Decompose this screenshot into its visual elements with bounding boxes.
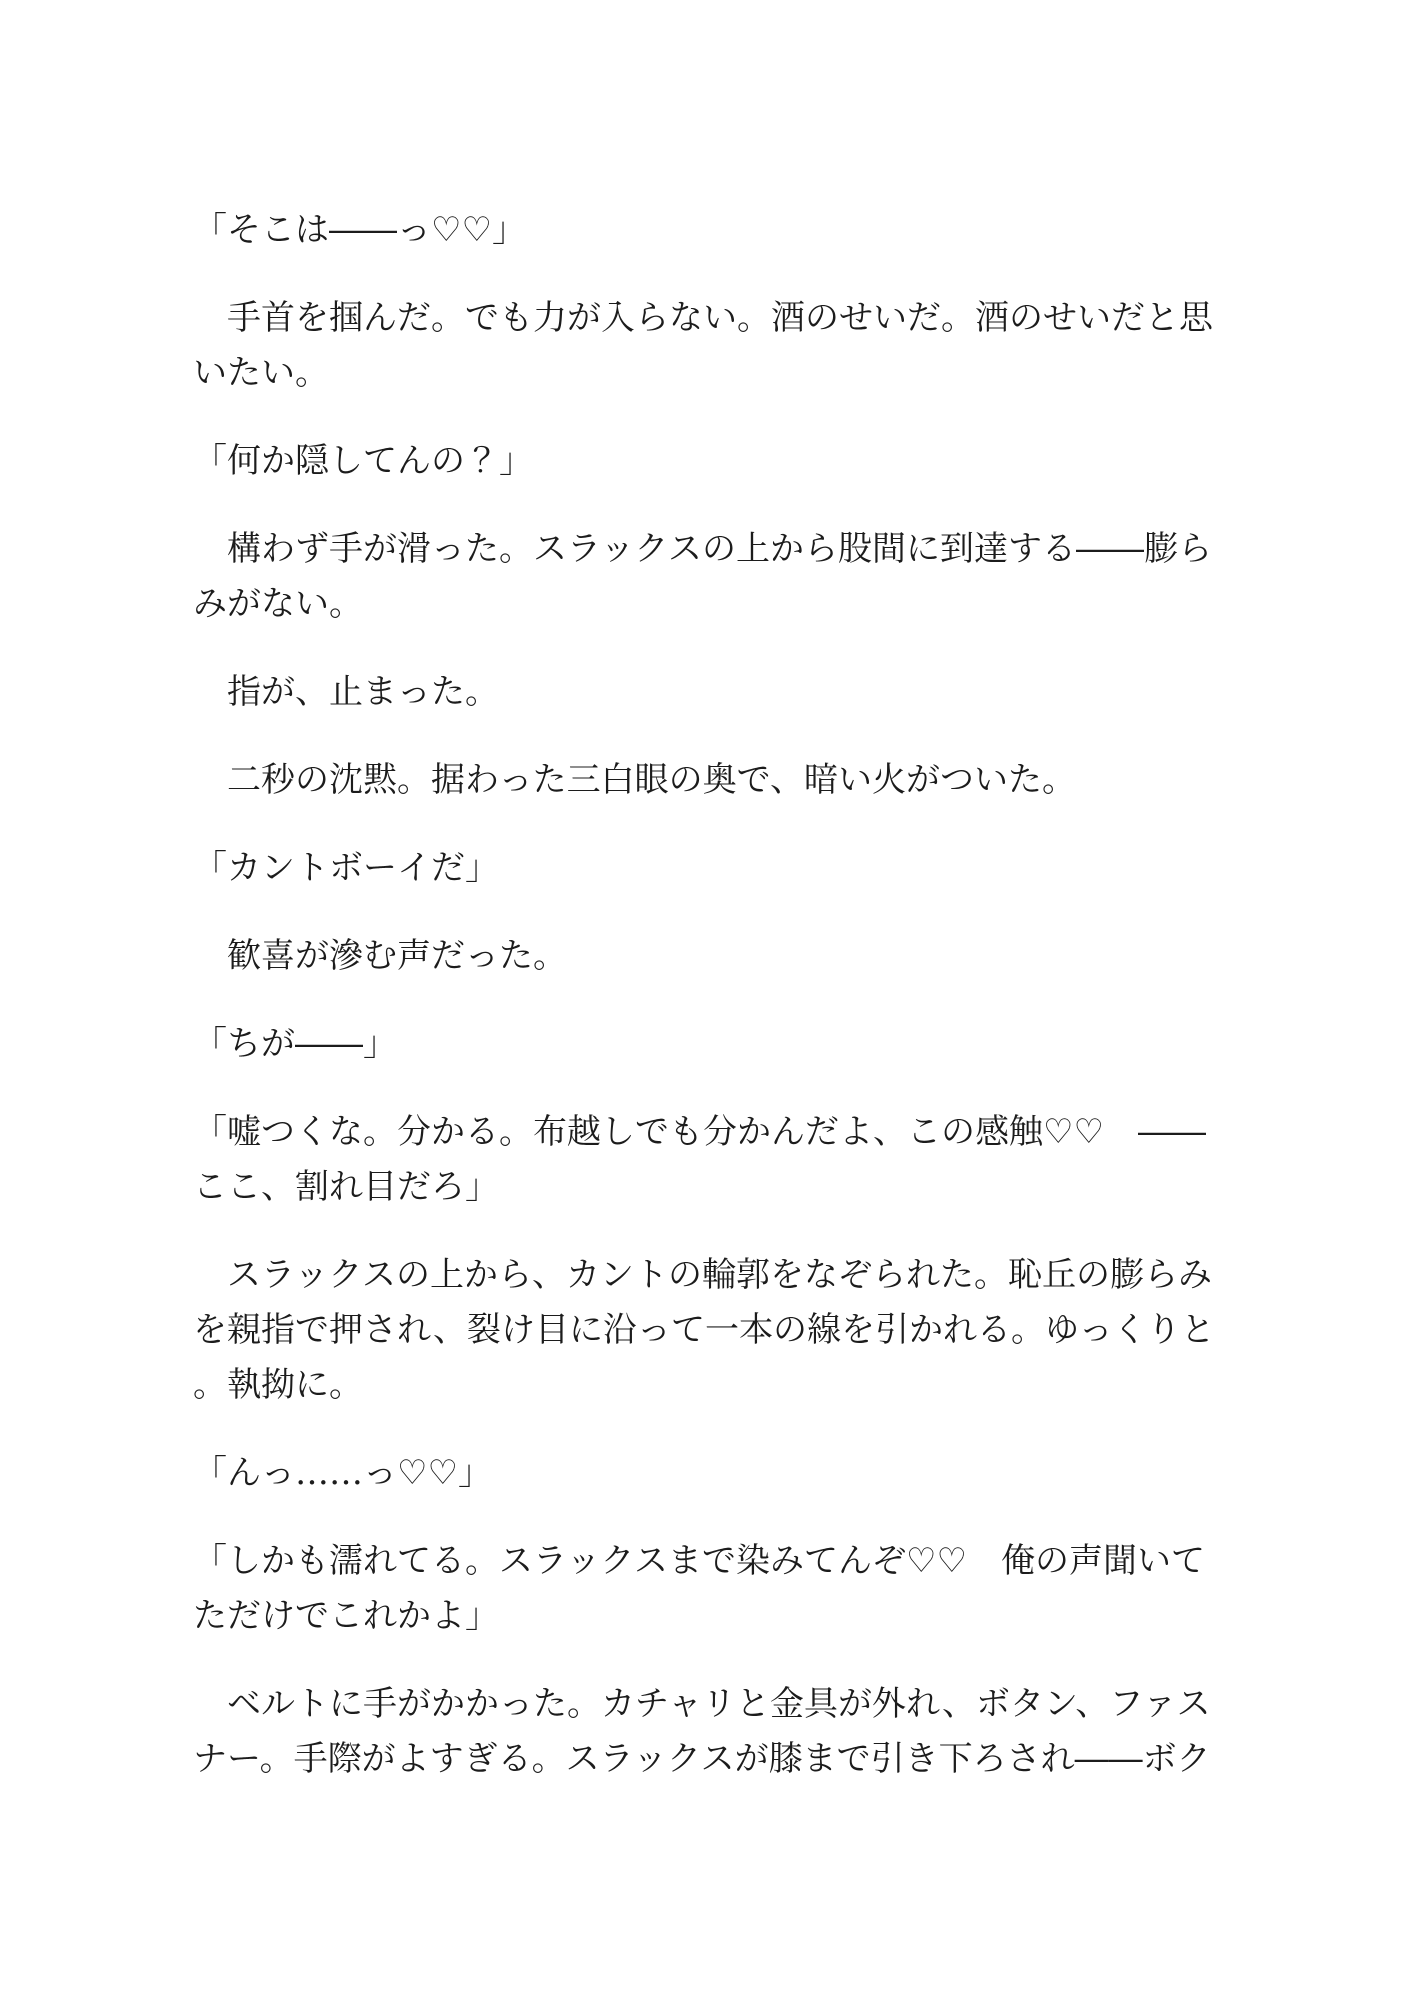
text-line: 「何か隠してんの？」 bbox=[193, 434, 1215, 489]
text-line: ここ、割れ目だろ」 bbox=[193, 1160, 1215, 1215]
heart-glyph: ♡ bbox=[936, 1541, 966, 1581]
text-line: ナー。手際がよすぎる。スラックスが膝まで引き下ろされ――ボク bbox=[193, 1732, 1215, 1787]
text-line: 指が、止まった。 bbox=[193, 665, 1215, 720]
text-line: 「そこは――っ♡♡」 bbox=[193, 203, 1215, 258]
text-line: スラックスの上から、カントの輪郭をなぞられた。恥丘の膨らみ bbox=[193, 1248, 1215, 1303]
paragraph-4: 構わず手が滑った。スラックスの上から股間に到達する――膨らみがない。 bbox=[193, 522, 1215, 632]
paragraph-9: 「ちが――」 bbox=[193, 1017, 1215, 1072]
paragraph-5: 指が、止まった。 bbox=[193, 665, 1215, 720]
page-text: 「そこは――っ♡♡」 手首を掴んだ。でも力が入らない。酒のせいだ。酒のせいだと思… bbox=[193, 203, 1215, 1820]
text-line: 「カントボーイだ」 bbox=[193, 841, 1215, 896]
text-line: を親指で押され、裂け目に沿って一本の線を引かれる。ゆっくりと bbox=[193, 1303, 1215, 1358]
paragraph-7: 「カントボーイだ」 bbox=[193, 841, 1215, 896]
page: { "page": { "background": "#ffffff", "te… bbox=[0, 0, 1415, 2000]
heart-glyph: ♡ bbox=[427, 1453, 457, 1493]
heart-glyph: ♡ bbox=[397, 1453, 427, 1493]
text-line: 「んっ……っ♡♡」 bbox=[193, 1446, 1215, 1501]
text-line: 歓喜が滲む声だった。 bbox=[193, 929, 1215, 984]
text-line: ただけでこれかよ」 bbox=[193, 1589, 1215, 1644]
paragraph-1: 「そこは――っ♡♡」 bbox=[193, 203, 1215, 258]
paragraph-8: 歓喜が滲む声だった。 bbox=[193, 929, 1215, 984]
text-line: 「嘘つくな。分かる。布越しでも分かんだよ、この感触♡♡ ―― bbox=[193, 1105, 1215, 1160]
paragraph-2: 手首を掴んだ。でも力が入らない。酒のせいだ。酒のせいだと思いたい。 bbox=[193, 291, 1215, 401]
text-line: 「しかも濡れてる。スラックスまで染みてんぞ♡♡ 俺の声聞いて bbox=[193, 1534, 1215, 1589]
heart-glyph: ♡ bbox=[431, 210, 461, 250]
text-line: 構わず手が滑った。スラックスの上から股間に到達する――膨ら bbox=[193, 522, 1215, 577]
text-line: みがない。 bbox=[193, 577, 1215, 632]
text-line: ベルトに手がかかった。カチャリと金具が外れ、ボタン、ファス bbox=[193, 1677, 1215, 1732]
paragraph-3: 「何か隠してんの？」 bbox=[193, 434, 1215, 489]
paragraph-14: ベルトに手がかかった。カチャリと金具が外れ、ボタン、ファスナー。手際がよすぎる。… bbox=[193, 1677, 1215, 1787]
text-line: 。執拗に。 bbox=[193, 1358, 1215, 1413]
text-line: 手首を掴んだ。でも力が入らない。酒のせいだ。酒のせいだと思 bbox=[193, 291, 1215, 346]
paragraph-10: 「嘘つくな。分かる。布越しでも分かんだよ、この感触♡♡ ――ここ、割れ目だろ」 bbox=[193, 1105, 1215, 1215]
heart-glyph: ♡ bbox=[1043, 1112, 1073, 1152]
heart-glyph: ♡ bbox=[906, 1541, 936, 1581]
paragraph-6: 二秒の沈黙。据わった三白眼の奥で、暗い火がついた。 bbox=[193, 753, 1215, 808]
heart-glyph: ♡ bbox=[461, 210, 491, 250]
paragraph-12: 「んっ……っ♡♡」 bbox=[193, 1446, 1215, 1501]
text-line: 二秒の沈黙。据わった三白眼の奥で、暗い火がついた。 bbox=[193, 753, 1215, 808]
text-line: 「ちが――」 bbox=[193, 1017, 1215, 1072]
text-line: いたい。 bbox=[193, 346, 1215, 401]
paragraph-13: 「しかも濡れてる。スラックスまで染みてんぞ♡♡ 俺の声聞いてただけでこれかよ」 bbox=[193, 1534, 1215, 1644]
paragraph-11: スラックスの上から、カントの輪郭をなぞられた。恥丘の膨らみを親指で押され、裂け目… bbox=[193, 1248, 1215, 1413]
heart-glyph: ♡ bbox=[1073, 1112, 1103, 1152]
